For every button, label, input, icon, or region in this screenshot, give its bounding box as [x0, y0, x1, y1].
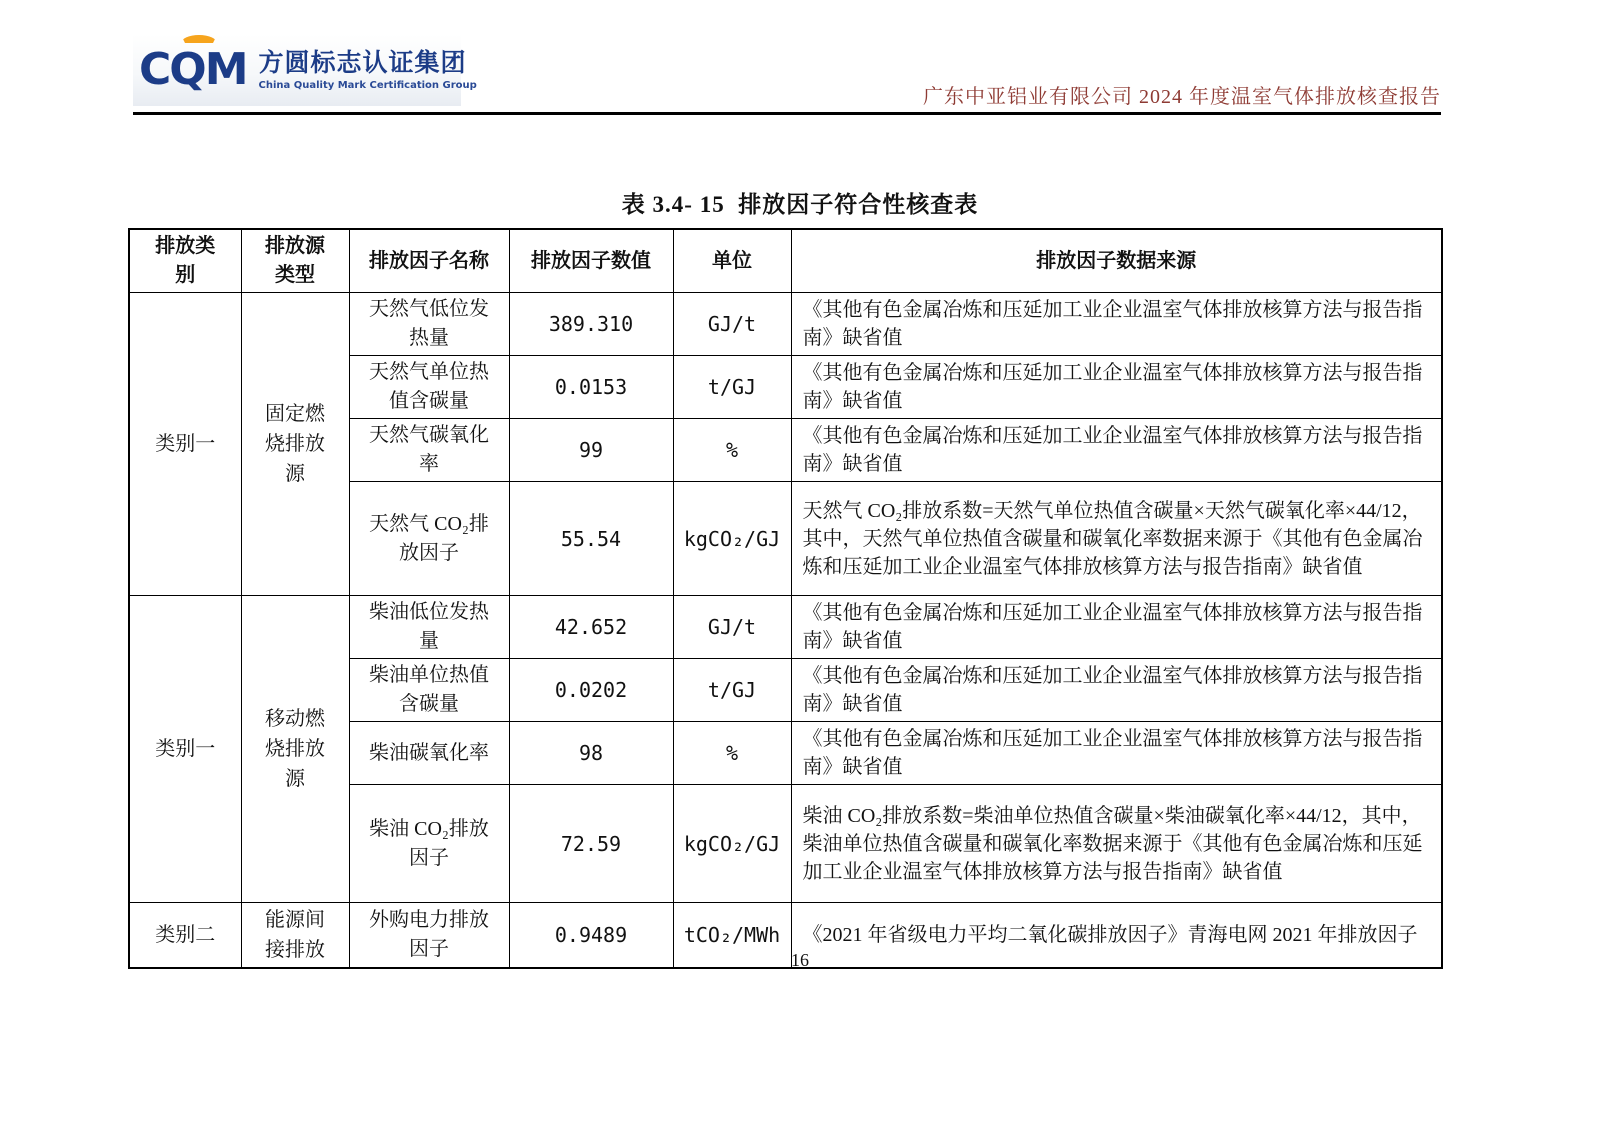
cell-source-type: 固定燃烧排放源	[241, 293, 349, 596]
cqm-logo-mark: CQM	[139, 48, 246, 92]
cqm-logo-arc-icon	[181, 35, 217, 51]
cell-factor-name: 天然气 CO₂排放因子	[349, 482, 509, 596]
table-row: 类别一 固定燃烧排放源 天然气低位发热量 389.310 GJ/t 《其他有色金…	[129, 293, 1442, 356]
cell-factor-value: 72.59	[509, 785, 673, 903]
cell-factor-value: 99	[509, 419, 673, 482]
cell-factor-name: 柴油 CO₂排放因子	[349, 785, 509, 903]
cell-data-source: 柴油 CO₂排放系数=柴油单位热值含碳量×柴油碳氧化率×44/12，其中，柴油单…	[791, 785, 1442, 903]
cell-factor-value: 42.652	[509, 596, 673, 659]
col-header-unit: 单位	[673, 229, 791, 293]
header-divider	[133, 112, 1441, 115]
cell-unit: %	[673, 419, 791, 482]
cell-unit: kgCO₂/GJ	[673, 482, 791, 596]
cell-unit: GJ/t	[673, 293, 791, 356]
cell-category: 类别一	[129, 596, 241, 903]
cell-unit: GJ/t	[673, 596, 791, 659]
report-header-title: 广东中亚铝业有限公司 2024 年度温室气体排放核查报告	[923, 80, 1441, 109]
table-header-row: 排放类别 排放源类型 排放因子名称 排放因子数值 单位 排放因子数据来源	[129, 229, 1442, 293]
cell-factor-name: 柴油低位发热量	[349, 596, 509, 659]
cell-unit: %	[673, 722, 791, 785]
cell-factor-value: 389.310	[509, 293, 673, 356]
cell-factor-name: 天然气碳氧化率	[349, 419, 509, 482]
cell-data-source: 《其他有色金属冶炼和压延加工业企业温室气体排放核算方法与报告指南》缺省值	[791, 356, 1442, 419]
cell-factor-name: 天然气单位热值含碳量	[349, 356, 509, 419]
col-header-factor-name: 排放因子名称	[349, 229, 509, 293]
cell-factor-name: 柴油碳氧化率	[349, 722, 509, 785]
col-header-emission-category: 排放类别	[129, 229, 241, 293]
cqm-logo: CQM 方圆标志认证集团 China Quality Mark Certific…	[133, 34, 461, 106]
cell-category: 类别一	[129, 293, 241, 596]
emission-factor-table: 排放类别 排放源类型 排放因子名称 排放因子数值 单位 排放因子数据来源 类别一…	[128, 228, 1443, 969]
cell-unit: t/GJ	[673, 356, 791, 419]
cell-data-source: 《其他有色金属冶炼和压延加工业企业温室气体排放核算方法与报告指南》缺省值	[791, 293, 1442, 356]
page-number: 16	[0, 950, 1600, 971]
report-page: CQM 方圆标志认证集团 China Quality Mark Certific…	[0, 0, 1600, 1131]
cell-source-type: 移动燃烧排放源	[241, 596, 349, 903]
cell-factor-name: 柴油单位热值含碳量	[349, 659, 509, 722]
col-header-factor-value: 排放因子数值	[509, 229, 673, 293]
cell-data-source: 《其他有色金属冶炼和压延加工业企业温室气体排放核算方法与报告指南》缺省值	[791, 659, 1442, 722]
cqm-logo-text: 方圆标志认证集团 China Quality Mark Certificatio…	[258, 49, 476, 91]
cell-unit: kgCO₂/GJ	[673, 785, 791, 903]
cqm-logo-acronym: CQM	[139, 44, 246, 95]
cell-factor-value: 55.54	[509, 482, 673, 596]
cell-data-source: 《其他有色金属冶炼和压延加工业企业温室气体排放核算方法与报告指南》缺省值	[791, 419, 1442, 482]
cell-data-source: 《其他有色金属冶炼和压延加工业企业温室气体排放核算方法与报告指南》缺省值	[791, 596, 1442, 659]
cell-unit: t/GJ	[673, 659, 791, 722]
cell-factor-name: 天然气低位发热量	[349, 293, 509, 356]
col-header-source-type: 排放源类型	[241, 229, 349, 293]
cell-data-source: 天然气 CO₂排放系数=天然气单位热值含碳量×天然气碳氧化率×44/12，其中，…	[791, 482, 1442, 596]
cqm-logo-name-cn: 方圆标志认证集团	[258, 49, 476, 77]
table-row: 类别一 移动燃烧排放源 柴油低位发热量 42.652 GJ/t 《其他有色金属冶…	[129, 596, 1442, 659]
table-caption: 表 3.4- 15 排放因子符合性核查表	[0, 186, 1600, 219]
col-header-data-source: 排放因子数据来源	[791, 229, 1442, 293]
cell-factor-value: 0.0202	[509, 659, 673, 722]
cell-factor-value: 98	[509, 722, 673, 785]
cell-factor-value: 0.0153	[509, 356, 673, 419]
cqm-logo-name-en: China Quality Mark Certification Group	[258, 80, 476, 91]
cell-data-source: 《其他有色金属冶炼和压延加工业企业温室气体排放核算方法与报告指南》缺省值	[791, 722, 1442, 785]
